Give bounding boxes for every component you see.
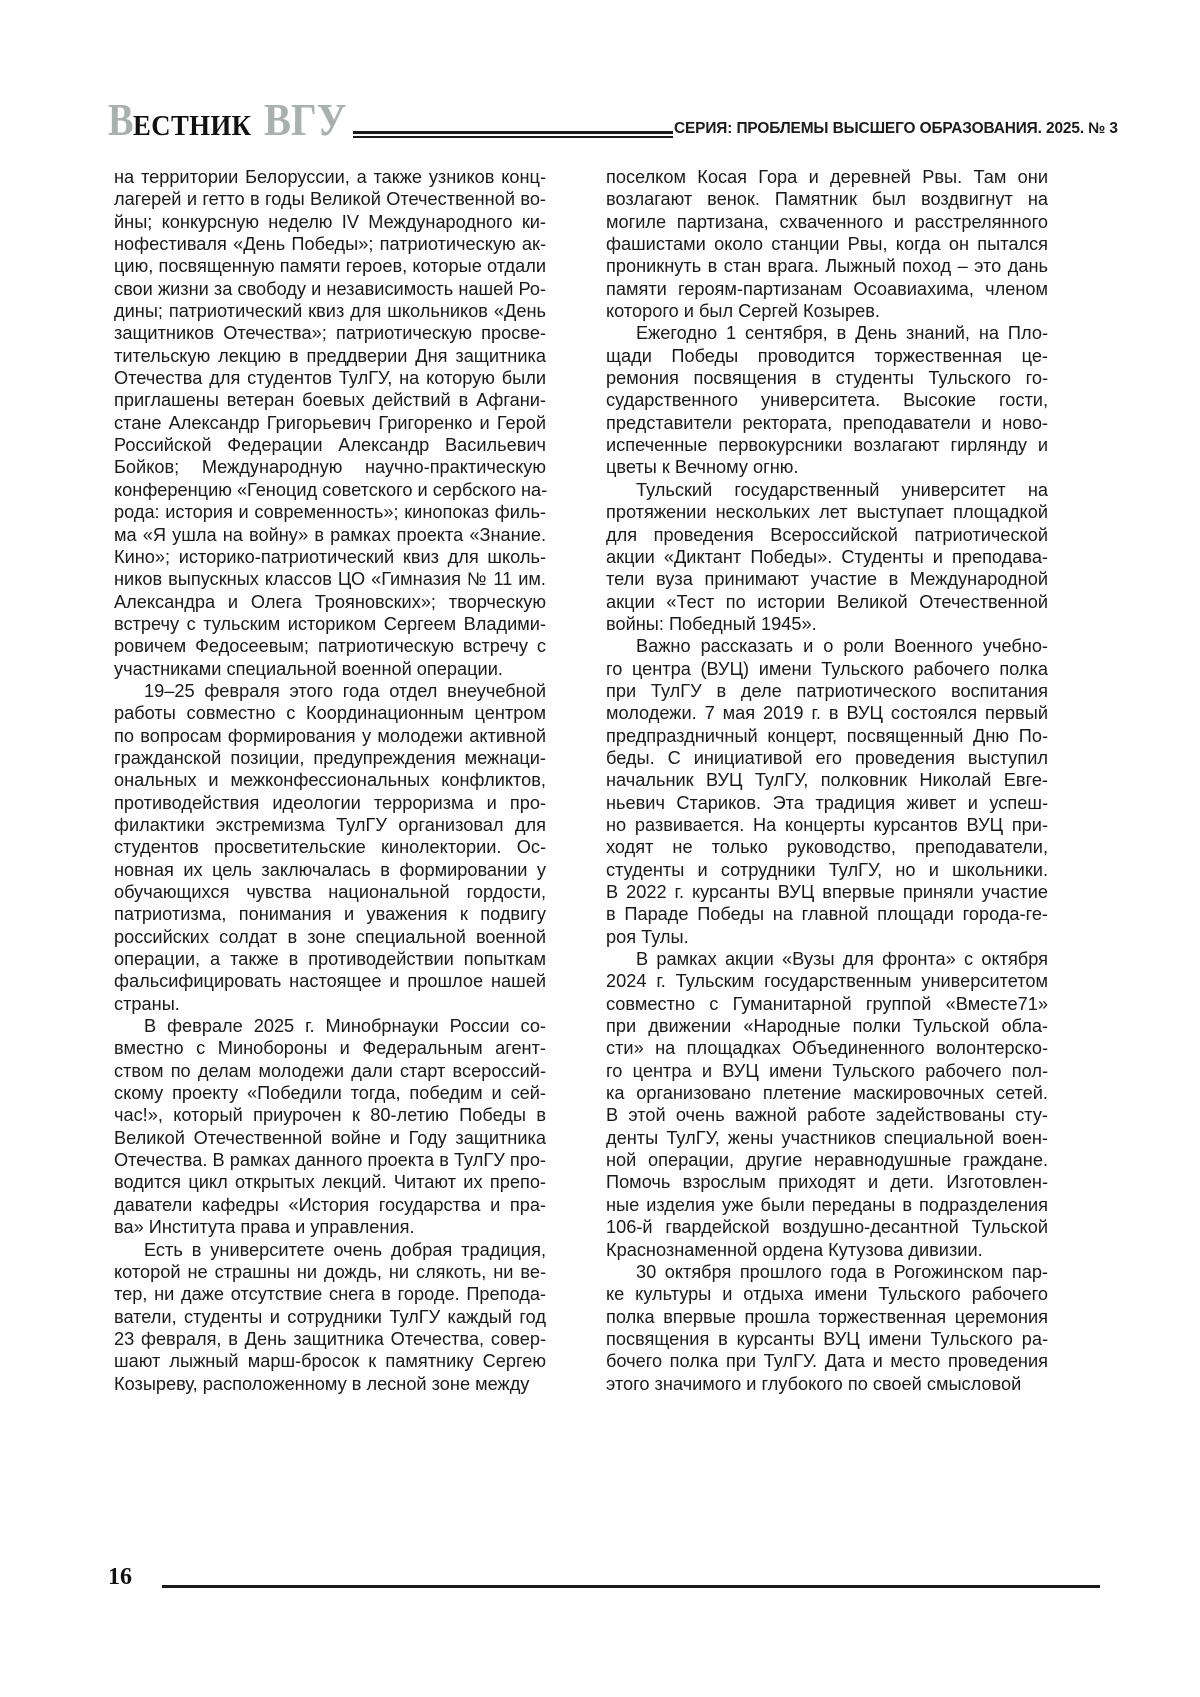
text-line: приглашены ветеран боевых действий в Афг…	[114, 389, 546, 411]
text-line: возлагают венок. Памятник был воздвигнут…	[606, 188, 1048, 210]
text-line: Кино»; историко-патриотический квиз для …	[114, 546, 546, 568]
text-line: ональных и межконфессиональных конфликто…	[114, 769, 546, 791]
text-line: рода: история и современность»; кинопока…	[114, 501, 546, 523]
text-line: которой не страшны ни дождь, ни слякоть,…	[114, 1261, 546, 1283]
text-line: В этой очень важной работе задействованы…	[606, 1104, 1048, 1126]
text-line: ством по делам молодежи дали старт всеро…	[114, 1060, 546, 1082]
text-line: памяти героям-партизанам Осоавиахима, чл…	[606, 278, 1048, 300]
text-line: Отечества для студентов ТулГУ, на котору…	[114, 367, 546, 389]
text-line: но развивается. На концерты курсантов ВУ…	[606, 814, 1048, 836]
text-line: Бойков; Международную научно-практическу…	[114, 456, 546, 478]
text-line: Помочь взрослым приходят и дети. Изготов…	[606, 1171, 1048, 1193]
text-line: участниками специальной военной операции…	[114, 658, 546, 680]
text-line: патриотизма, понимания и уважения к подв…	[114, 903, 546, 925]
text-line: проникнуть в стан врага. Лыжный поход – …	[606, 255, 1048, 277]
text-line: Отечества. В рамках данного проекта в Ту…	[114, 1149, 546, 1171]
text-line: 30 октября прошлого года в Рогожинском п…	[606, 1261, 1048, 1283]
text-line: представители ректората, преподаватели и…	[606, 412, 1048, 434]
text-line: час!», который приурочен к 80-летию Побе…	[114, 1104, 546, 1126]
text-line: противодействия идеологии терроризма и п…	[114, 792, 546, 814]
header-double-rule	[353, 131, 673, 138]
text-line: 106-й гвардейской воздушно-десантной Тул…	[606, 1216, 1048, 1238]
text-line: го центра и ВУЦ имени Тульского рабочего…	[606, 1060, 1048, 1082]
text-line: В феврале 2025 г. Минобрнауки России со-	[114, 1015, 546, 1037]
text-line: нофестиваля «День Победы»; патриотическу…	[114, 233, 546, 255]
text-line: гражданской позиции, предупреждения межн…	[114, 747, 546, 769]
text-line: ников выпускных классов ЦО «Гимназия № 1…	[114, 568, 546, 590]
text-line: денты ТулГУ, жены участников специальной…	[606, 1127, 1048, 1149]
page-footer: 16	[108, 1572, 1100, 1602]
footer-rule	[162, 1585, 1100, 1588]
text-line: страны.	[114, 993, 546, 1015]
series-title: СЕРИЯ: ПРОБЛЕМЫ ВЫСШЕГО ОБРАЗОВАНИЯ. 202…	[674, 120, 1118, 138]
text-line: при ТулГУ в деле патриотического воспита…	[606, 680, 1048, 702]
journal-logo: В ЕСТНИК ВГУ	[108, 98, 355, 142]
text-line: ка организовано плетение маскировочных с…	[606, 1082, 1048, 1104]
text-line: обучающихся чувства национальной гордост…	[114, 881, 546, 903]
text-line: Тульский государственный университет на	[606, 479, 1048, 501]
text-line: акции «Тест по истории Великой Отечестве…	[606, 591, 1048, 613]
text-line: сти» на площадках Объединенного волонтер…	[606, 1037, 1048, 1059]
text-line: операции, а также в противодействии попы…	[114, 948, 546, 970]
text-line: шают лыжный марш-бросок к памятнику Серг…	[114, 1350, 546, 1372]
text-line: по вопросам формирования у молодежи акти…	[114, 725, 546, 747]
text-line: встречу с тульским историком Сергеем Вла…	[114, 613, 546, 635]
text-line: начальник ВУЦ ТулГУ, полковник Николай Е…	[606, 769, 1048, 791]
text-line: ремония посвящения в студенты Тульского …	[606, 367, 1048, 389]
text-line: при движении «Народные полки Тульской об…	[606, 1015, 1048, 1037]
text-line: цию, посвященную памяти героев, которые …	[114, 255, 546, 277]
page-number: 16	[108, 1564, 132, 1591]
text-line: посвящения в курсанты ВУЦ имени Тульског…	[606, 1328, 1048, 1350]
text-line: фашистами около станции Рвы, когда он пы…	[606, 233, 1048, 255]
text-line: 19–25 февраля этого года отдел внеучебно…	[114, 680, 546, 702]
text-line: ной операции, другие неравнодушные гражд…	[606, 1149, 1048, 1171]
text-line: цветы к Вечному огню.	[606, 456, 1048, 478]
text-line: роя Тулы.	[606, 926, 1048, 948]
left-column: на территории Белоруссии, а также узнико…	[114, 166, 546, 1395]
text-line: го центра (ВУЦ) имени Тульского рабочего…	[606, 658, 1048, 680]
text-line: в Параде Победы на главной площади город…	[606, 903, 1048, 925]
text-line: Есть в университете очень добрая традици…	[114, 1239, 546, 1261]
text-line: ньевич Стариков. Эта традиция живет и ус…	[606, 792, 1048, 814]
text-line: Великой Отечественной войне и Году защит…	[114, 1127, 546, 1149]
text-line: беды. С инициативой его проведения высту…	[606, 747, 1048, 769]
text-line: акции «Диктант Победы». Студенты и препо…	[606, 546, 1048, 568]
logo-word: ЕСТНИК	[133, 104, 251, 148]
text-line: Важно рассказать и о роли Военного учебн…	[606, 635, 1048, 657]
text-line: лагерей и гетто в годы Великой Отечестве…	[114, 188, 546, 210]
text-line: ные изделия уже были переданы в подразде…	[606, 1194, 1048, 1216]
text-line: конференцию «Геноцид советского и сербск…	[114, 479, 546, 501]
text-line: стане Александр Григорьевич Григоренко и…	[114, 412, 546, 434]
text-line: свои жизни за свободу и независимость на…	[114, 278, 546, 300]
text-line: испеченные первокурсники возлагают гирля…	[606, 434, 1048, 456]
text-line: ходят не только руководство, преподавате…	[606, 836, 1048, 858]
text-line: защитников Отечества»; патриотическую пр…	[114, 322, 546, 344]
text-line: фальсифицировать настоящее и прошлое наш…	[114, 970, 546, 992]
text-line: ма «Я ушла на войну» в рамках проекта «З…	[114, 524, 546, 546]
text-line: российских солдат в зоне специальной вое…	[114, 926, 546, 948]
text-line: студенты и сотрудники ТулГУ, но и школьн…	[606, 859, 1048, 881]
text-line: на территории Белоруссии, а также узнико…	[114, 166, 546, 188]
text-line: Краснознаменной ордена Кутузова дивизии.	[606, 1239, 1048, 1261]
text-line: йны; конкурсную неделю IV Международного…	[114, 211, 546, 233]
text-line: скому проекту «Победили тогда, победим и…	[114, 1082, 546, 1104]
text-line: Ежегодно 1 сентября, в День знаний, на П…	[606, 322, 1048, 344]
text-line: бочего полка при ТулГУ. Дата и место про…	[606, 1350, 1048, 1372]
text-line: этого значимого и глубокого по своей смы…	[606, 1373, 1048, 1395]
text-line: которого и был Сергей Козырев.	[606, 300, 1048, 322]
text-line: 2024 г. Тульским государственным универс…	[606, 970, 1048, 992]
text-line: протяжении нескольких лет выступает площ…	[606, 501, 1048, 523]
text-line: В рамках акции «Вузы для фронта» с октяб…	[606, 948, 1048, 970]
text-line: водится цикл открытых лекций. Читают их …	[114, 1171, 546, 1193]
text-line: тели вуза принимают участие в Международ…	[606, 568, 1048, 590]
text-line: даватели кафедры «История государства и …	[114, 1194, 546, 1216]
text-line: предпраздничный концерт, посвященный Дню…	[606, 725, 1048, 747]
text-line: дины; патриотический квиз для школьников…	[114, 300, 546, 322]
text-line: филактики экстремизма ТулГУ организовал …	[114, 814, 546, 836]
text-line: молодежи. 7 мая 2019 г. в ВУЦ состоялся …	[606, 702, 1048, 724]
text-line: полка впервые прошла торжественная церем…	[606, 1306, 1048, 1328]
text-line: вместно с Минобороны и Федеральным агент…	[114, 1037, 546, 1059]
text-line: совместно с Гуманитарной группой «Вместе…	[606, 993, 1048, 1015]
text-line: войны: Победный 1945».	[606, 613, 1048, 635]
logo-vgu: ВГУ	[264, 98, 347, 142]
text-line: студентов просветительские кинолектории.…	[114, 836, 546, 858]
text-line: Российской Федерации Александр Васильеви…	[114, 434, 546, 456]
logo-initial: В	[108, 98, 134, 142]
text-line: В 2022 г. курсанты ВУЦ впервые приняли у…	[606, 881, 1048, 903]
text-line: ке культуры и отдыха имени Тульского раб…	[606, 1283, 1048, 1305]
text-line: сударственного университета. Высокие гос…	[606, 389, 1048, 411]
journal-header: В ЕСТНИК ВГУ СЕРИЯ: ПРОБЛЕМЫ ВЫСШЕГО ОБР…	[108, 98, 1098, 142]
text-line: тер, ни даже отсутствие снега в городе. …	[114, 1283, 546, 1305]
text-line: 23 февраля, в День защитника Отечества, …	[114, 1328, 546, 1350]
text-line: работы совместно с Координационным центр…	[114, 702, 546, 724]
right-column: поселком Косая Гора и деревней Рвы. Там …	[606, 166, 1048, 1395]
text-line: щади Победы проводится торжественная це-	[606, 345, 1048, 367]
text-line: новная их цель заключалась в формировани…	[114, 859, 546, 881]
text-line: ровичем Федосеевым; патриотическую встре…	[114, 635, 546, 657]
text-line: тительскую лекцию в преддверии Дня защит…	[114, 345, 546, 367]
text-line: Александра и Олега Трояновских»; творчес…	[114, 591, 546, 613]
text-line: могиле партизана, схваченного и расстрел…	[606, 211, 1048, 233]
text-line: Козыреву, расположенному в лесной зоне м…	[114, 1373, 546, 1395]
text-line: ва» Института права и управления.	[114, 1216, 546, 1238]
text-line: ватели, студенты и сотрудники ТулГУ кажд…	[114, 1306, 546, 1328]
text-line: поселком Косая Гора и деревней Рвы. Там …	[606, 166, 1048, 188]
text-line: для проведения Всероссийской патриотичес…	[606, 524, 1048, 546]
